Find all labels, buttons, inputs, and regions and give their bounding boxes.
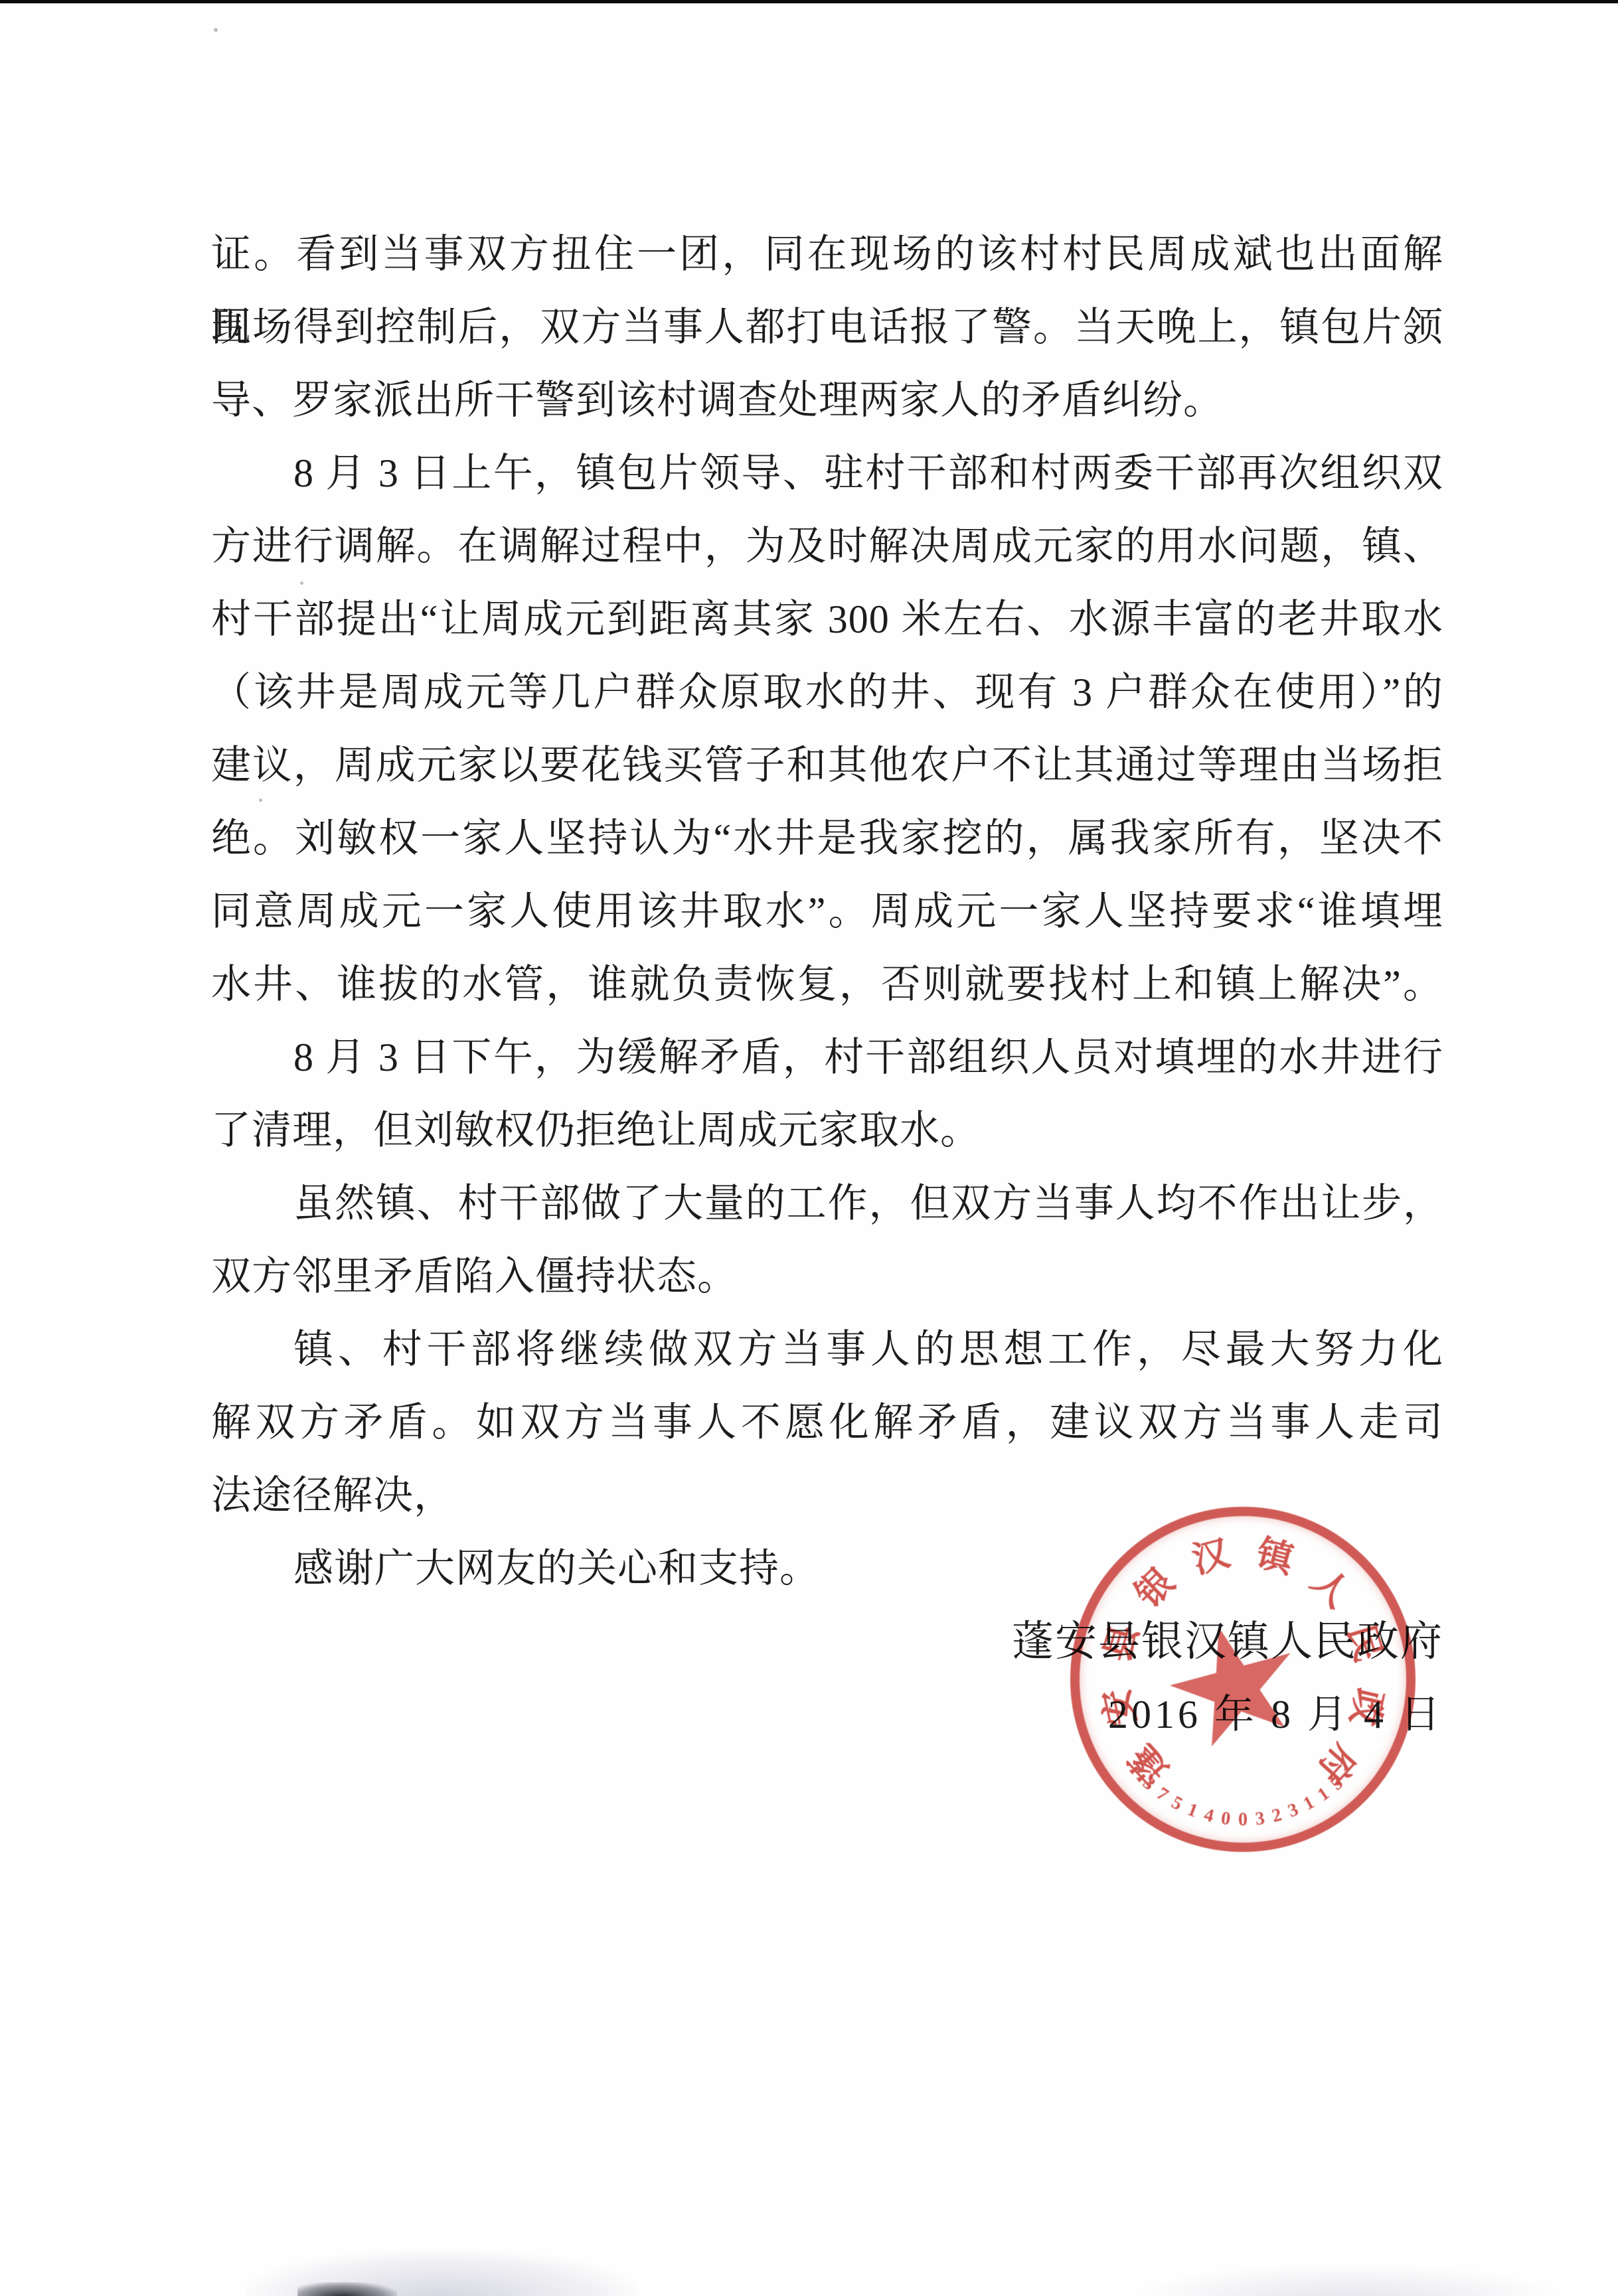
- scanned-document-page: 蓬安县银汉镇人民政府 5113230041573 证。看到当事双方扭住一团，同在…: [0, 0, 1618, 2296]
- document-line: 导、罗家派出所干警到该村调查处理两家人的矛盾纠纷。: [211, 364, 1443, 437]
- scan-bottom-haze: [1129, 2263, 1567, 2296]
- seal-code-char: 0: [1238, 1809, 1248, 1831]
- document-line: 证。看到当事双方扭住一团，同在现场的该村村民周成斌也出面解围。: [211, 218, 1443, 291]
- document-lines: 证。看到当事双方扭住一团，同在现场的该村村民周成斌也出面解围。现场得到控制后，双…: [211, 218, 1443, 1605]
- scan-bottom-smudge: [297, 2282, 397, 2296]
- document-line: 村干部提出“让周成元到距离其家 300 米左右、水源丰富的老井取水: [211, 583, 1443, 656]
- document-line: 虽然镇、村干部做了大量的工作，但双方当事人均不作出让步，: [211, 1167, 1443, 1240]
- document-line: 建议，周成元家以要花钱买管子和其他农户不让其通过等理由当场拒: [211, 729, 1443, 802]
- document-line: 解双方矛盾。如双方当事人不愿化解矛盾，建议双方当事人走司: [211, 1386, 1443, 1459]
- document-line: （该井是周成元等几户群众原取水的井、现有 3 户群众在使用）”的: [211, 656, 1443, 729]
- document-line: 8 月 3 日上午，镇包片领导、驻村干部和村两委干部再次组织双: [211, 437, 1443, 510]
- scan-top-edge-artifact: [0, 0, 1618, 3]
- document-line: 镇、村干部将继续做双方当事人的思想工作，尽最大努力化: [211, 1313, 1443, 1386]
- official-red-seal: 蓬安县银汉镇人民政府 5113230041573: [1070, 1507, 1416, 1852]
- document-line: 双方邻里矛盾陷入僵持状态。: [211, 1240, 1443, 1313]
- document-line: 方进行调解。在调解过程中，为及时解决周成元家的用水问题，镇、: [211, 510, 1443, 583]
- document-line: 水井、谁拔的水管，谁就负责恢复，否则就要找村上和镇上解决”。: [211, 948, 1443, 1021]
- document-line: 8 月 3 日下午，为缓解矛盾，村干部组织人员对填埋的水井进行: [211, 1021, 1443, 1094]
- document-line: 现场得到控制后，双方当事人都打电话报了警。当天晚上，镇包片领: [211, 291, 1443, 364]
- document-line: 同意周成元一家人使用该井取水”。周成元一家人坚持要求“谁填埋: [211, 875, 1443, 948]
- document-line: 绝。刘敏权一家人坚持认为“水井是我家挖的，属我家所有，坚决不: [211, 802, 1443, 875]
- scan-speck: [214, 28, 218, 32]
- document-line: 了清理，但刘敏权仍拒绝让周成元家取水。: [211, 1094, 1443, 1167]
